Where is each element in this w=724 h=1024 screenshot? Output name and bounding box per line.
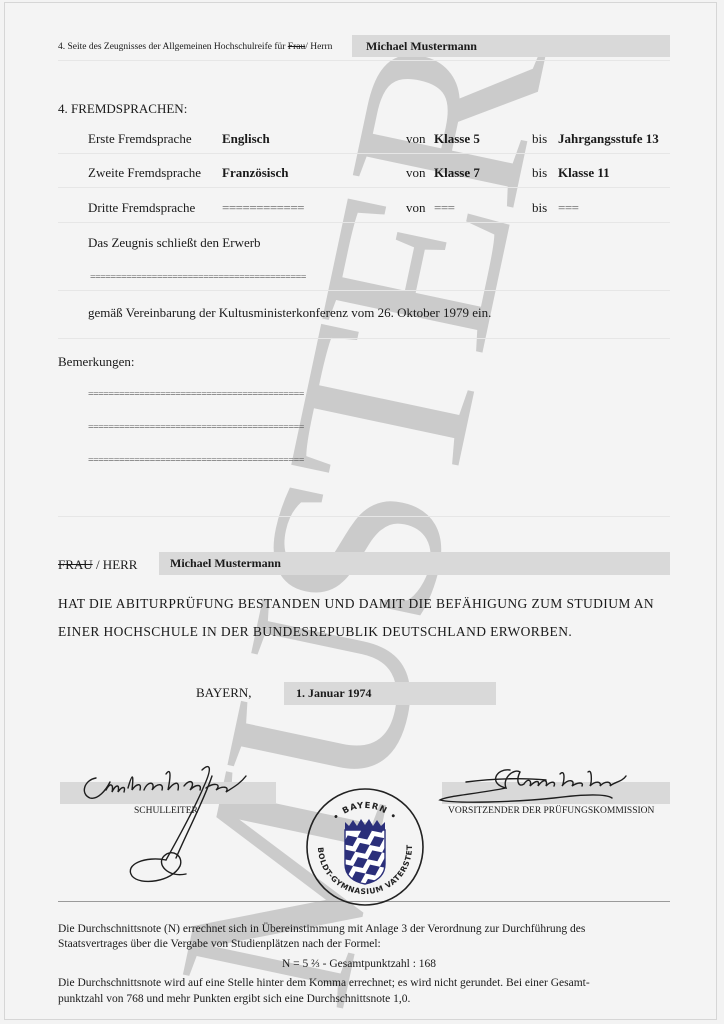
from-label: von: [406, 165, 426, 181]
from-value: Klasse 5: [434, 131, 480, 147]
row-divider: [58, 187, 670, 188]
from-value: Klasse 7: [434, 165, 480, 181]
chair-signature-icon: [436, 760, 656, 806]
svg-text:• BAYERN •: • BAYERN •: [331, 801, 398, 823]
from-label: von: [406, 131, 426, 147]
principal-signature-icon: [76, 760, 276, 890]
header-divider: [58, 60, 670, 61]
remarks-line: ========================================…: [88, 389, 304, 400]
to-label: bis: [532, 131, 547, 147]
salutation: FRAU / HERR: [58, 557, 137, 573]
row-divider: [58, 222, 670, 223]
to-label: bis: [532, 165, 547, 181]
school-stamp-icon: • BAYERN • HUMBOLDT-GYMNASIUM VATERSTETT…: [304, 786, 426, 908]
footer-formula: N = 5 ⅔ - Gesamtpunktzahl : 168: [282, 957, 436, 972]
language-label: Dritte Fremdsprache: [88, 200, 195, 216]
student-name: Michael Mustermann: [170, 556, 281, 571]
language-value: Französisch: [222, 165, 288, 181]
statement-line-2: EINER HOCHSCHULE IN DER BUNDESREPUBLIK D…: [58, 624, 572, 640]
footer-para-2-line-2: punktzahl von 768 und mehr Punkten ergib…: [58, 992, 410, 1007]
page-label-prefix: 4. Seite des Zeugnisses der Allgemeinen …: [58, 42, 285, 52]
conclusion-intro: Das Zeugnis schließt den Erwerb: [88, 235, 261, 251]
page-label-struck: Frau: [288, 42, 305, 52]
language-value: Englisch: [222, 131, 270, 147]
header-student-name: Michael Mustermann: [366, 39, 477, 54]
language-value: ============: [222, 200, 304, 216]
row-divider: [58, 290, 670, 291]
from-value: ===: [434, 200, 455, 216]
footer-para-1-line-1: Die Durchschnittsnote (N) errechnet sich…: [58, 922, 672, 937]
date-value: 1. Januar 1974: [296, 686, 371, 701]
language-label: Erste Fremdsprache: [88, 131, 192, 147]
to-label: bis: [532, 200, 547, 216]
language-label: Zweite Fremdsprache: [88, 165, 201, 181]
page-label: 4. Seite des Zeugnisses der Allgemeinen …: [58, 42, 332, 52]
to-value: ===: [558, 200, 579, 216]
footer-para-2-line-1: Die Durchschnittsnote wird auf eine Stel…: [58, 976, 590, 991]
remarks-line: ========================================…: [88, 455, 304, 466]
salutation-rest: / HERR: [96, 557, 138, 572]
row-divider: [58, 338, 670, 339]
from-label: von: [406, 200, 426, 216]
place: BAYERN,: [196, 685, 252, 701]
to-value: Jahrgangsstufe 13: [558, 131, 659, 147]
chair-title: VORSITZENDER DER PRÜFUNGSKOMMISSION: [448, 806, 654, 816]
section-title: 4. FREMDSPRACHEN:: [58, 101, 187, 117]
footer-para-1-line-2: Staatsvertrages über die Vergabe von Stu…: [58, 937, 381, 952]
salutation-struck: FRAU: [58, 557, 93, 572]
conclusion-value: ========================================…: [90, 272, 306, 283]
row-divider: [58, 153, 670, 154]
remarks-line: ========================================…: [88, 422, 304, 433]
section-divider: [58, 516, 670, 517]
conclusion-outro: gemäß Vereinbarung der Kultusministerkon…: [88, 305, 491, 321]
page-label-suffix: / Herrn: [305, 42, 332, 52]
statement-line-1: HAT DIE ABITURPRÜFUNG BESTANDEN UND DAMI…: [58, 596, 654, 612]
to-value: Klasse 11: [558, 165, 610, 181]
remarks-label: Bemerkungen:: [58, 354, 135, 370]
